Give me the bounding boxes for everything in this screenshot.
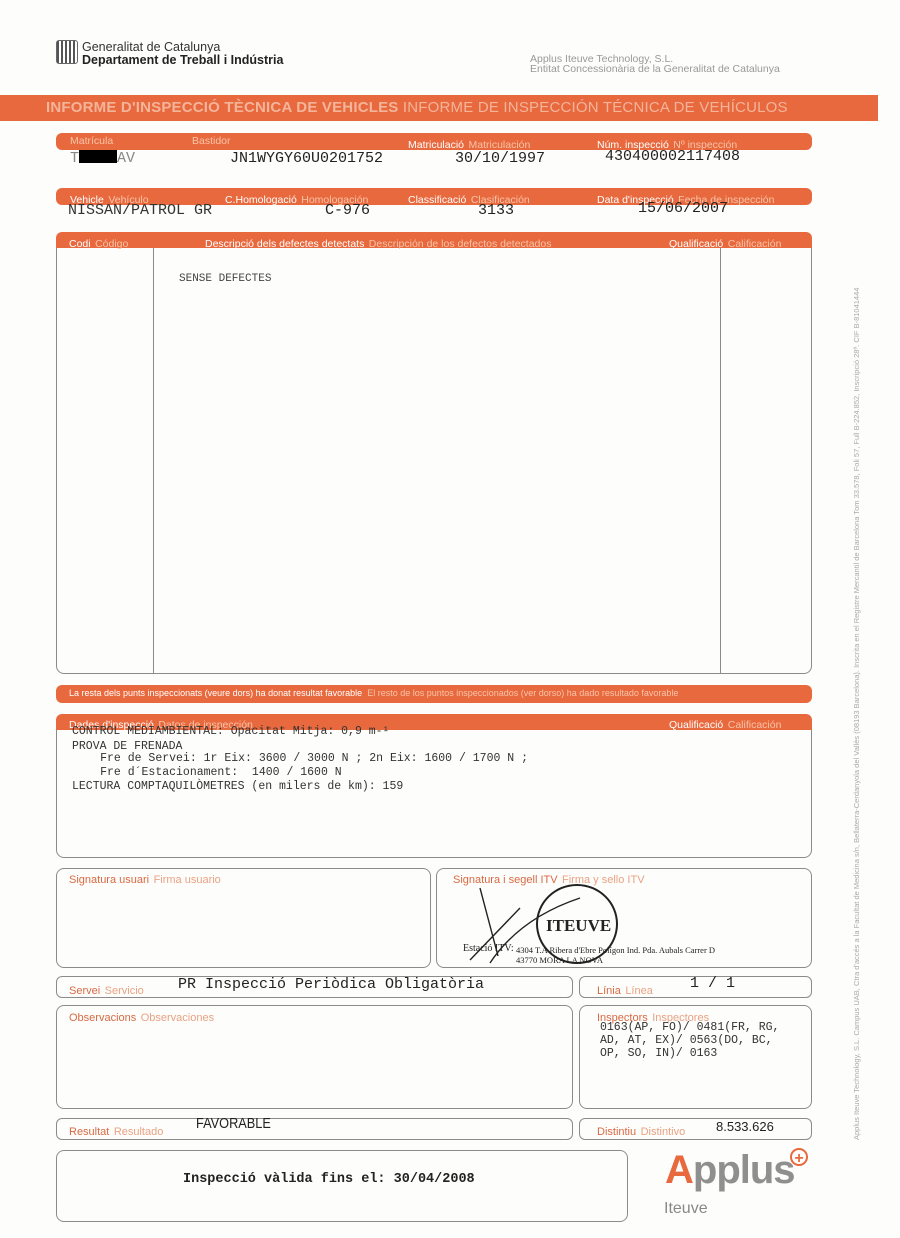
linia-value: 1 / 1 [690,975,735,992]
department-name: Departament de Treball i Indústria [82,53,283,67]
redaction-bar [79,150,117,163]
inspectors-line: AD, AT, EX)/ 0563(DO, BC, [600,1034,773,1047]
inspection-line: LECTURA COMPTAQUILÒMETRES (en milers de … [72,780,403,793]
title-catalan: INFORME D'INSPECCIÓ TÈCNICA DE VEHICLES [46,99,399,116]
validity-text: Inspecció vàlida fins el: 30/04/2008 [183,1172,475,1187]
result-label: Resultat Resultado [69,1122,163,1140]
inspection-line: CONTROL MEDIAMBIENTAL: Opacitat Mitja: 0… [72,725,389,738]
vehicle-value: NISSAN/PATROL GR [68,202,212,219]
codi-label: Codi Código [69,234,128,252]
result-notice: La resta dels punts inspeccionats (veure… [69,688,678,698]
document-title: INFORME D'INSPECCIÓ TÈCNICA DE VEHICLES … [46,99,788,116]
generalitat-name: Generalitat de Catalunya [82,40,220,54]
distintiu-value: 8.533.626 [716,1119,774,1134]
company-subtitle: Entitat Concessionària de la Generalitat… [530,63,780,75]
defects-table [56,232,812,674]
generalitat-shield-icon [56,40,78,64]
matriculacio-value: 30/10/1997 [455,150,545,167]
inspection-qual-label: Qualificació Calificación [669,715,781,733]
service-value: PR Inspecció Periòdica Obligatòria [178,976,484,993]
homologacio-value: C-976 [325,202,370,219]
result-value: FAVORABLE [196,1115,271,1132]
defects-qual-label: Qualificació Calificación [669,234,781,252]
bastidor-label: Bastidor [192,135,231,147]
station-label: Estació ITV: [463,943,514,954]
defects-desc-label: Descripció dels defectes detectats Descr… [205,234,552,252]
bastidor-value: JN1WYGY60U0201752 [230,150,383,167]
station-address-1: 4304 T.A Ribera d'Ebre Polígon Ind. Pda.… [516,945,715,955]
legal-side-text: Applus Iteuve Technology, S.L. Campus UA… [852,288,861,1140]
inspectors-line: OP, SO, IN)/ 0163 [600,1047,717,1060]
station-address-2: 43770 MORA LA NOVA [516,955,603,965]
column-divider [153,248,154,673]
num-inspeccio-value: 430400002117408 [605,148,740,165]
plus-circle-icon: + [790,1148,808,1166]
linia-label: Línia Línea [597,981,653,999]
column-divider [720,248,721,673]
data-inspeccio-value: 15/06/2007 [638,200,728,217]
observations-label: Observacions Observaciones [69,1008,214,1026]
inspectors-line: 0163(AP, FO)/ 0481(FR, RG, [600,1021,779,1034]
inspection-line: Fre de Servei: 1r Eix: 3600 / 3000 N ; 2… [38,752,528,765]
user-signature-label: Signatura usuari Firma usuario [69,870,221,888]
title-spanish: INFORME DE INSPECCIÓN TÉCNICA DE VEHÍCUL… [403,99,788,116]
applus-logo: Applus [665,1148,795,1193]
matricula-value: TAV [70,150,135,167]
inspection-line: Fre d´Estacionament: 1400 / 1600 N [38,766,342,779]
defects-text: SENSE DEFECTES [179,273,271,285]
classificacio-value: 3133 [478,202,514,219]
matricula-label: Matrícula [70,135,113,147]
distintiu-label: Distintiu Distintivo [597,1122,685,1140]
service-label: Servei Servicio [69,981,144,999]
applus-logo-subtitle: Iteuve [664,1200,708,1218]
